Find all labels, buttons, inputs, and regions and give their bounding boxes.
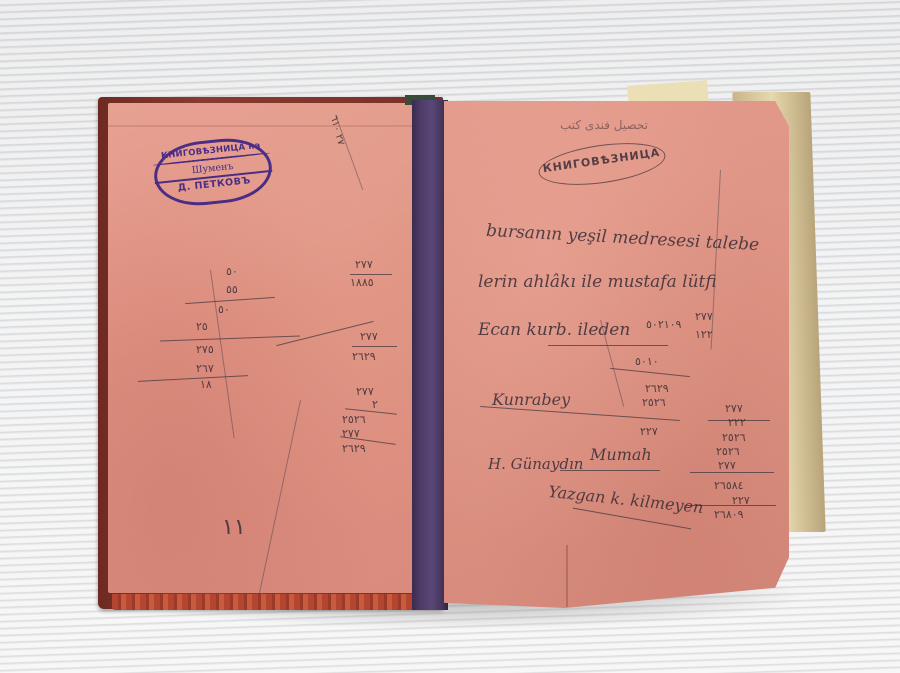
handwriting-line: Ecan kurb. ileden <box>478 320 630 340</box>
handwriting-line: Kunrabey <box>492 390 570 409</box>
calc-top: ٢٧٧ <box>356 385 374 398</box>
pencil-mark: ١١ <box>222 515 246 540</box>
calc-line: ٢٦٢٩ <box>342 442 366 455</box>
side-number: ٥٠٢١٠٩ <box>646 318 681 331</box>
calc-rule <box>690 472 774 473</box>
column-digit: ٢٧٥ <box>196 343 214 356</box>
handwriting-line: Mumah <box>590 445 652 464</box>
photo-scene: КНИГОВѢЗНИЦА на Шуменъ Д. ПЕТКОВЪ ٢٧ ٦١٠… <box>0 0 900 673</box>
column-digit: ١٨ <box>200 378 212 391</box>
cover-edge-bottom <box>112 594 432 610</box>
column-digit: ٥٠ <box>226 265 238 278</box>
signature-underline <box>560 470 660 471</box>
calc-line: ٢٥٢٦ <box>722 431 746 444</box>
calc-line: ٢٢٧ <box>640 425 658 438</box>
calc-line: ٢٧٧ <box>725 402 743 415</box>
calc-top: ٢٧٧ <box>360 330 378 343</box>
calc-bottom: ٢٦٢٩ <box>352 350 376 363</box>
calc-line: ٢٥٢٦ <box>642 396 666 409</box>
calc-bottom: ١٨٨٥ <box>350 276 374 289</box>
calc-line: ٢٦٥٨٤ <box>714 479 744 492</box>
calc-rule <box>352 346 397 347</box>
column-digit: ٢٦٧ <box>196 362 214 375</box>
calc-rule <box>350 274 392 275</box>
calc-top: ٢٧٧ <box>355 258 373 271</box>
column-digit: ٥٠ <box>218 303 230 316</box>
calc-line: ٢٦٢٩ <box>645 382 669 395</box>
calc-line: ٢ <box>372 398 378 411</box>
page-tear <box>566 545 568 607</box>
calc-line: ٢٢٢ <box>728 416 746 429</box>
column-digit: ٢٥ <box>196 320 208 333</box>
calc-line: ٢٥٢٦ <box>342 413 366 426</box>
handwriting-line: lerin ahlâkı ile mustafa lütfi <box>478 272 717 292</box>
side-number: ١٢٢ <box>695 328 713 341</box>
calc-rule <box>686 505 776 506</box>
page-fold-line <box>108 125 416 127</box>
column-digit: ٥٥ <box>226 283 238 296</box>
side-number: ٥٠١٠ <box>635 355 659 368</box>
calc-line: ٢٦٨٠٩ <box>714 508 744 521</box>
calc-line: ٢٥٢٦ <box>716 445 740 458</box>
side-number: ٢٧٧ <box>695 310 713 323</box>
top-note: تحصيل فندى كتب <box>560 118 648 132</box>
cloth-spine <box>412 100 448 610</box>
calc-line: ٢٧٧ <box>718 459 736 472</box>
